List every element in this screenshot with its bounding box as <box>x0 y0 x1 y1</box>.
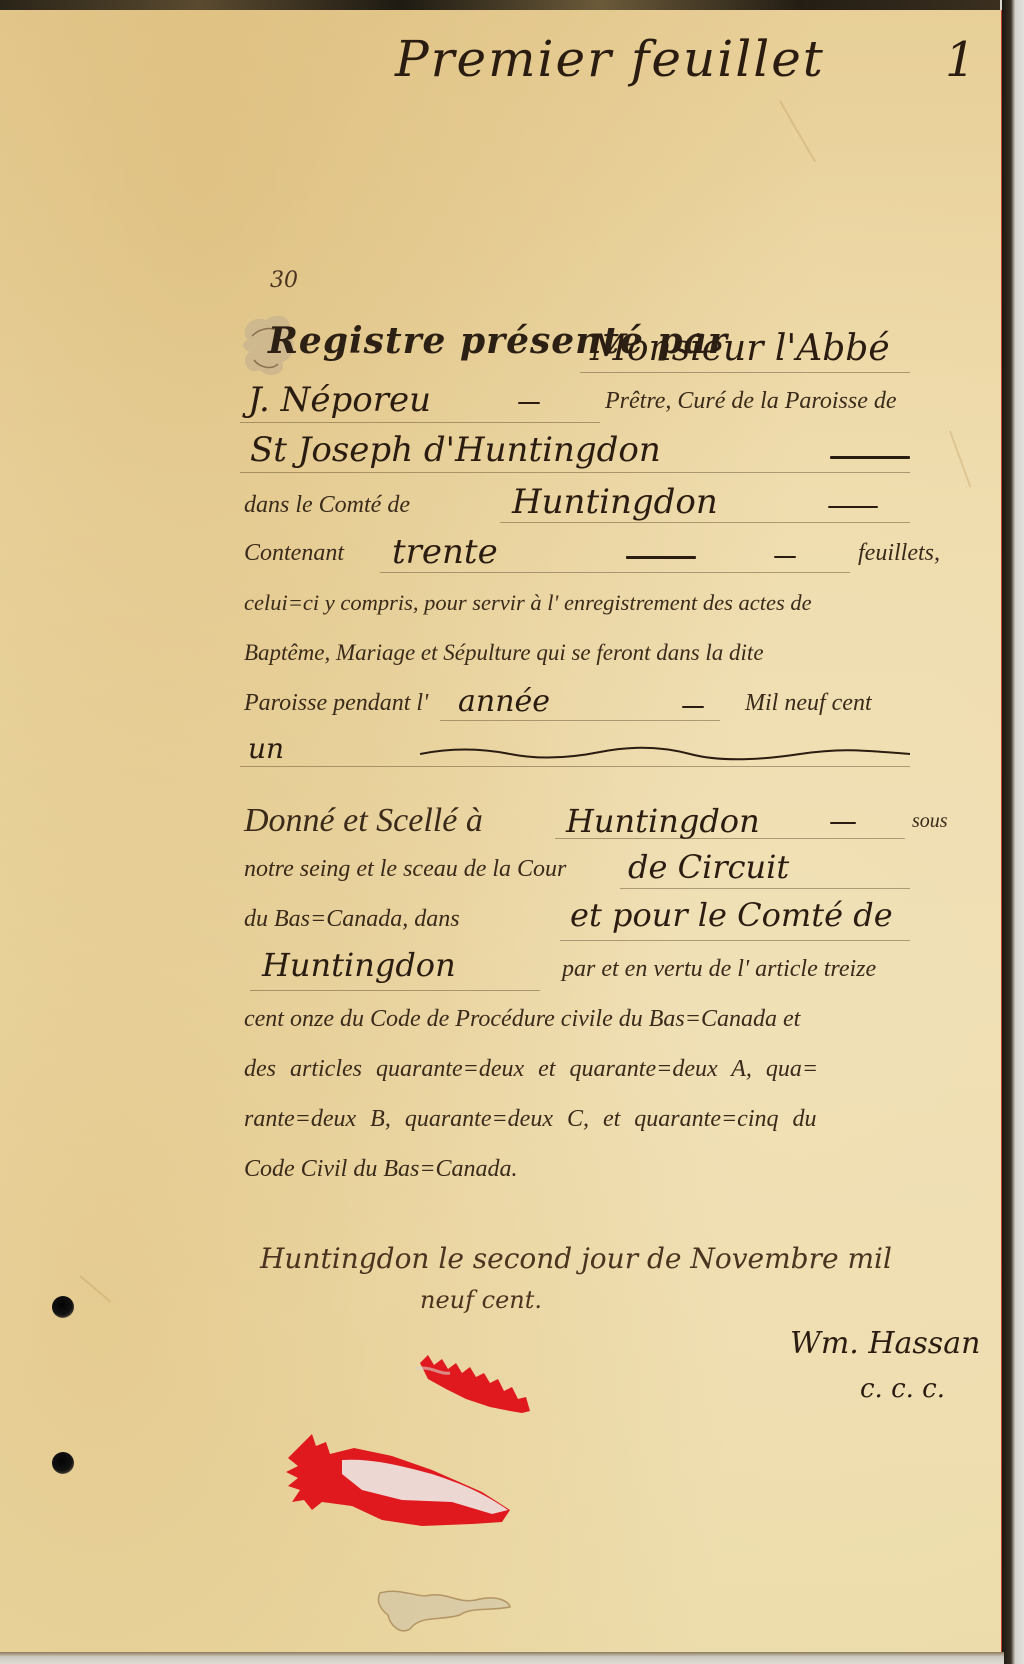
ruled-line <box>555 838 905 839</box>
filled-county: Huntingdon <box>262 946 456 984</box>
book-bottom-edge <box>0 1652 1004 1664</box>
printed-text: cent onze du Code de Procédure civile du… <box>244 1006 800 1033</box>
dash-mark <box>774 556 796 558</box>
filled-county: Huntingdon <box>512 482 718 522</box>
filled-year: un <box>248 732 284 765</box>
printed-text: Paroisse pendant l' <box>244 690 428 717</box>
ruled-line <box>620 888 910 889</box>
printed-text: celui=ci y compris, pour servir à l' enr… <box>244 590 812 616</box>
page-number: 1 <box>945 32 976 88</box>
filled-leaf-count: trente <box>392 532 498 572</box>
printed-text: par et en vertu de l' article treize <box>562 956 876 983</box>
wavy-line-filler <box>420 744 910 764</box>
ruled-line <box>240 472 910 473</box>
folio-title: Premier feuillet <box>395 30 825 88</box>
closing-date-line: Huntingdon le second jour de Novembre mi… <box>260 1242 892 1275</box>
dash-mark <box>682 706 704 708</box>
ruled-line <box>240 422 600 423</box>
printed-text: Mil neuf cent <box>745 690 872 717</box>
dash-mark <box>830 456 910 459</box>
printed-text: des articles quarante=deux et quarante=d… <box>244 1056 818 1083</box>
ruled-line <box>580 372 910 373</box>
dash-mark <box>518 402 540 404</box>
filled-place: Huntingdon <box>566 802 760 840</box>
crease-mark <box>949 431 971 488</box>
ruled-line <box>240 766 910 767</box>
filled-court: de Circuit <box>628 848 789 886</box>
book-top-edge <box>0 0 1000 10</box>
ruled-line <box>440 720 720 721</box>
ruled-line <box>250 990 540 991</box>
printed-text: du Bas=Canada, dans <box>244 906 460 933</box>
crease-mark <box>779 101 816 163</box>
clerk-title: c. c. c. <box>860 1374 945 1404</box>
filled-jurisdiction: et pour le Comté de <box>570 896 893 934</box>
printed-text: Baptême, Mariage et Sépulture qui se fer… <box>244 640 764 666</box>
seal-fragment-icon <box>410 1355 540 1435</box>
book-binding-edge <box>1002 0 1024 1664</box>
clerk-signature: Wm. Hassan <box>790 1326 980 1361</box>
filled-title: Monsieur l'Abbé <box>590 328 890 369</box>
printed-text: Prêtre, Curé de la Paroisse de <box>605 388 897 415</box>
printed-text: notre seing et le sceau de la Cour <box>244 856 566 883</box>
dash-mark <box>626 556 696 559</box>
certification-heading: Donné et Scellé à <box>244 802 483 840</box>
crease-mark <box>79 1275 111 1302</box>
seal-fragment-icon <box>282 1430 542 1540</box>
register-page: Premier feuillet 1 30 Registre présenté … <box>0 10 1004 1654</box>
ruled-line <box>380 572 850 573</box>
closing-date-line: neuf cent. <box>420 1286 542 1314</box>
margin-number: 30 <box>270 268 298 293</box>
printed-text: feuillets, <box>858 540 940 567</box>
filled-parish: St Joseph d'Huntingdon <box>250 430 661 470</box>
ruled-line <box>500 522 910 523</box>
dash-mark <box>830 822 856 824</box>
printed-text: Code Civil du Bas=Canada. <box>244 1156 518 1183</box>
printed-text: Contenant <box>244 540 344 567</box>
printed-text: rante=deux B, quarante=deux C, et quaran… <box>244 1106 816 1133</box>
binding-hole <box>52 1296 74 1318</box>
dash-mark <box>828 506 878 508</box>
water-stain <box>370 1585 520 1645</box>
ruled-line <box>560 940 910 941</box>
printed-text: dans le Comté de <box>244 492 410 519</box>
binding-hole <box>52 1452 74 1474</box>
filled-priest-name: J. Néporeu <box>248 380 431 420</box>
printed-text: sous <box>912 810 948 833</box>
filled-year-label: année <box>458 684 550 719</box>
